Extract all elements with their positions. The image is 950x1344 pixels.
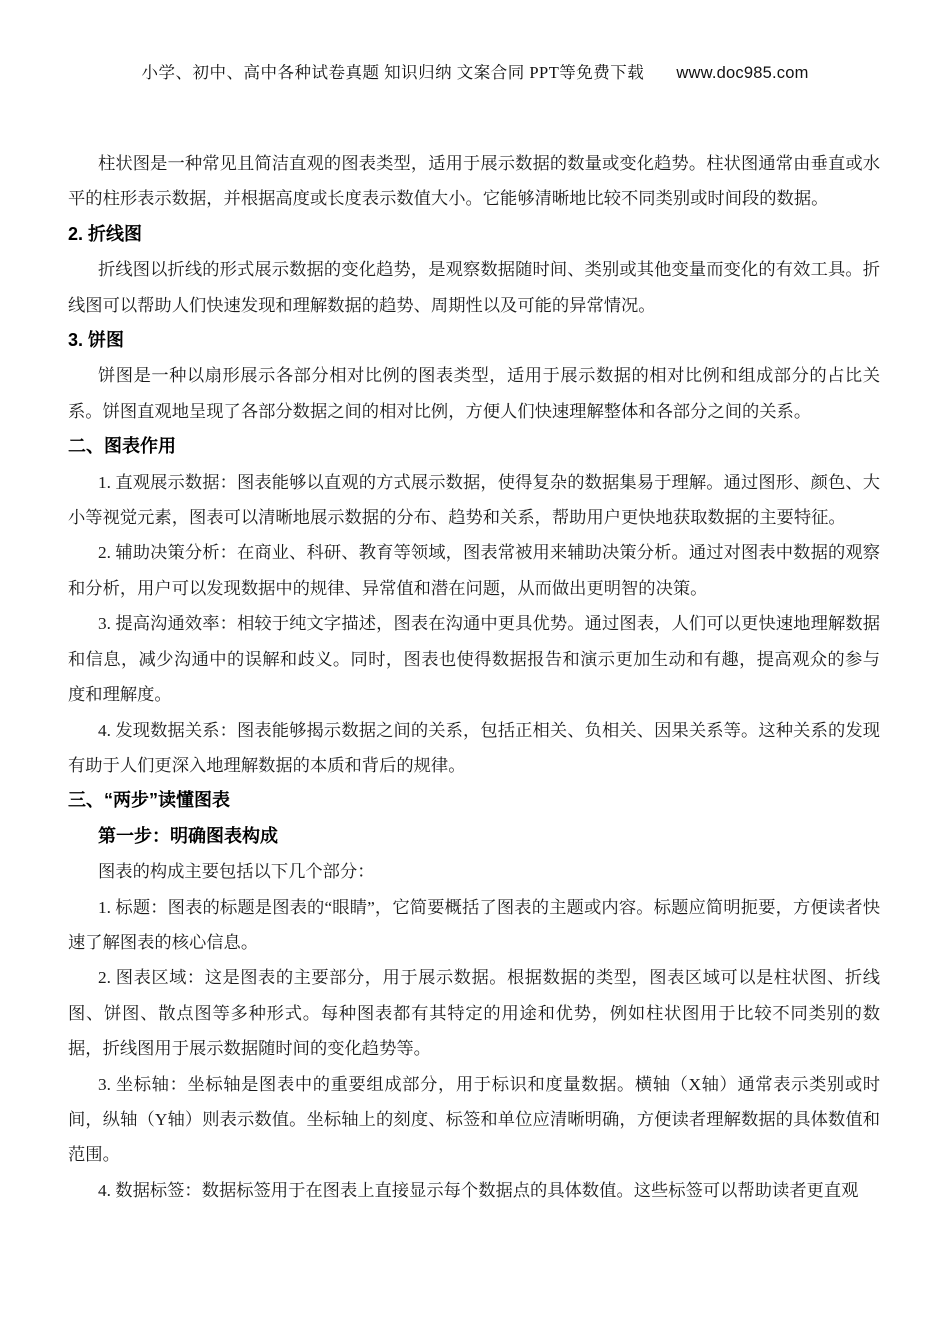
paragraph-function-1-visualize: 1. 直观展示数据：图表能够以直观的方式展示数据，使得复杂的数据集易于理解。通过… bbox=[68, 465, 880, 536]
paragraph-pie-chart-desc: 饼图是一种以扇形展示各部分相对比例的图表类型，适用于展示数据的相对比例和组成部分… bbox=[68, 358, 880, 429]
paragraph-function-3-communication: 3. 提高沟通效率：相较于纯文字描述，图表在沟通中更具优势。通过图表，人们可以更… bbox=[68, 606, 880, 712]
document-body: 柱状图是一种常见且简洁直观的图表类型，适用于展示数据的数量或变化趋势。柱状图通常… bbox=[68, 146, 880, 1208]
paragraph-component-4-data-labels: 4. 数据标签：数据标签用于在图表上直接显示每个数据点的具体数值。这些标签可以帮… bbox=[68, 1173, 880, 1208]
heading-section-3-two-steps: 三、“两步”读懂图表 bbox=[68, 783, 880, 818]
paragraph-component-3-axes: 3. 坐标轴：坐标轴是图表中的重要组成部分，用于标识和度量数据。横轴（X轴）通常… bbox=[68, 1067, 880, 1173]
heading-section-2-chart-functions: 二、图表作用 bbox=[68, 429, 880, 464]
paragraph-component-1-title: 1. 标题：图表的标题是图表的“眼睛”，它简要概括了图表的主题或内容。标题应简明… bbox=[68, 890, 880, 961]
paragraph-component-2-chart-area: 2. 图表区域：这是图表的主要部分，用于展示数据。根据数据的类型，图表区域可以是… bbox=[68, 960, 880, 1066]
paragraph-bar-chart-desc: 柱状图是一种常见且简洁直观的图表类型，适用于展示数据的数量或变化趋势。柱状图通常… bbox=[68, 146, 880, 217]
heading-step-1-components: 第一步：明确图表构成 bbox=[68, 819, 880, 854]
header-promo-text: 小学、初中、高中各种试卷真题 知识归纳 文案合同 PPT等免费下载 bbox=[141, 63, 644, 82]
heading-2-line-chart: 2. 折线图 bbox=[68, 217, 880, 252]
paragraph-function-2-decision: 2. 辅助决策分析：在商业、科研、教育等领域，图表常被用来辅助决策分析。通过对图… bbox=[68, 535, 880, 606]
paragraph-components-intro: 图表的构成主要包括以下几个部分： bbox=[68, 854, 880, 889]
heading-3-pie-chart: 3. 饼图 bbox=[68, 323, 880, 358]
page-header: 小学、初中、高中各种试卷真题 知识归纳 文案合同 PPT等免费下载 www.do… bbox=[0, 0, 950, 84]
header-site-url: www.doc985.com bbox=[676, 64, 808, 82]
paragraph-line-chart-desc: 折线图以折线的形式展示数据的变化趋势，是观察数据随时间、类别或其他变量而变化的有… bbox=[68, 252, 880, 323]
paragraph-function-4-relations: 4. 发现数据关系：图表能够揭示数据之间的关系，包括正相关、负相关、因果关系等。… bbox=[68, 713, 880, 784]
document-page: 小学、初中、高中各种试卷真题 知识归纳 文案合同 PPT等免费下载 www.do… bbox=[0, 0, 950, 1344]
